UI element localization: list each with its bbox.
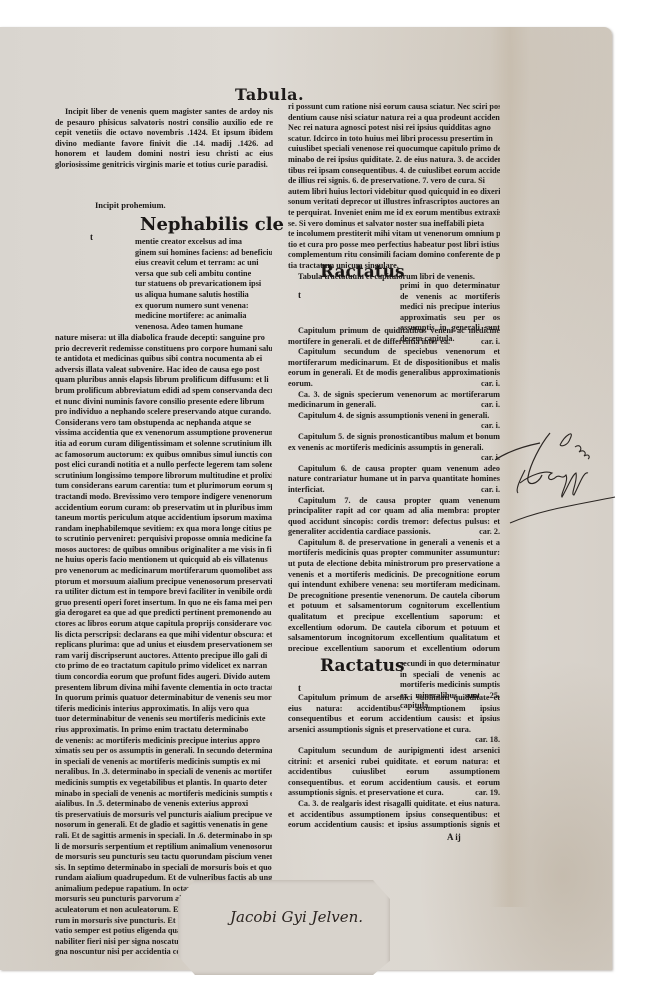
chapter-entry: Capitulum 6. de causa propter quam venen… — [288, 464, 500, 496]
text-line: Nec rei natura agnosci potest nisi rei i… — [288, 123, 500, 134]
text-line: Considerans vero tam obstupenda ac nepha… — [55, 418, 272, 429]
text-line: ximatis seu per os assumptis in generali… — [55, 746, 272, 757]
text-line: de morsuris seu puncturis seu tactu quor… — [55, 852, 272, 863]
text-line: mentie creator excelsus ad ima — [135, 237, 272, 248]
text-line: replicans plurima: que ad unius et eiusd… — [55, 640, 272, 651]
text-line: cuiuslibet speciali venenose rei quocumq… — [288, 144, 500, 155]
text-line: neralibus. In .3. determinabo in special… — [55, 767, 272, 778]
chapter-entry: Capitulum secundum de speciebus venenoru… — [288, 347, 500, 389]
text-line: In quorum primis quatuor determinabitur … — [55, 693, 272, 704]
text-line: tur statuens ob prevaricationem ipsi — [135, 279, 272, 290]
text-line: nature misera: ut illa diabolica fraude … — [55, 333, 272, 344]
left-body: nature misera: ut illa diabolica fraude … — [55, 333, 272, 958]
text-line: rius approximatis. In primo enim tractat… — [55, 725, 272, 736]
drop-word-nephabilis: Nephabilis cle — [140, 214, 284, 235]
text-line: brum prolificum abbreviatum edidi ad spe… — [55, 386, 272, 397]
text-line: se. Si vero dominus et salvator noster s… — [288, 219, 500, 230]
chapter-ref: car. 19. — [465, 788, 500, 799]
text-line: tiferis medicinis interius approximatis.… — [55, 704, 272, 715]
chapter-entry: Capitulum 5. de signis pronosticantibus … — [288, 432, 500, 464]
text-line: tum considerans earum carentia: tum et p… — [55, 481, 272, 492]
chapter-text: Capitulum 5. de signis pronosticantibus … — [288, 432, 500, 452]
text-line: ctores ac libros eorum atque capitula pr… — [55, 619, 272, 630]
text-line: post elici curandi notitia et a nullo pe… — [55, 460, 272, 471]
text-line: ptorum et morsuum aialium precipue venen… — [55, 577, 272, 588]
text-line: li de morsuris serpentium et reptilium a… — [55, 842, 272, 853]
text-line: to scrutinio perveniret: perquisivi prop… — [55, 534, 272, 545]
signature-mark: A ij — [447, 832, 461, 842]
chapter-text: Capitulum 8. de preservatione in general… — [288, 538, 500, 651]
text-line: de illius rei signis. 6. de preservation… — [288, 176, 500, 187]
text-line: us aliqua humane salutis hostilia — [135, 290, 272, 301]
text-line: complementum ritu consimili faciam domin… — [288, 250, 500, 261]
chapter-entry: Ca. 3. de signis specierum venenorum ac … — [288, 390, 500, 411]
text-line: sis. In septimo determinabo in speciali … — [55, 863, 272, 874]
chapter-text: Capitulum secundum de speciebus venenoru… — [288, 347, 500, 388]
bookplate-label — [178, 880, 390, 975]
incipit-intro: Incipit liber de venenis quem magister s… — [55, 107, 273, 171]
drop-word-tractatus-2: Ractatus — [320, 656, 405, 676]
chapter-entry: Capitulum 7. de causa propter quam venen… — [288, 496, 500, 538]
margin-mark: t — [90, 232, 93, 242]
text-line: tractandi modo. Brevissimo vero tempore … — [55, 492, 272, 503]
text-line: ram varij discripserunt auctores. Attent… — [55, 651, 272, 662]
text-line: accidentium eorum curam: ob preservatim … — [55, 503, 272, 514]
text-line: medicinis sumptis ex vegetabilibus et pl… — [55, 778, 272, 789]
bookplate-inscription: Jacobi Gyi Jelven. — [230, 908, 363, 926]
chapter-ref: car. i. — [471, 379, 500, 390]
text-line: rali. Et de sagittis armenis in speciali… — [55, 831, 272, 842]
text-line: in speciali de venenis ac mortiferis med… — [55, 757, 272, 768]
text-line: dentium cause nisi sciatur natura rei a … — [288, 113, 500, 124]
text-line: ri possunt cum ratione nisi eorum causa … — [288, 102, 500, 113]
text-line: sonum veritati deprecor ut illustres inf… — [288, 197, 500, 208]
text-line: gia derogaret ea que ad que predicti per… — [55, 608, 272, 619]
left-body-indented: mentie creator excelsus ad imaginem sui … — [135, 237, 272, 332]
text-line: taneum mortis periculum atque accidentiu… — [55, 513, 272, 524]
chapter-ref: car. i. — [471, 400, 500, 411]
text-line: presentem librum divina mihi favente cle… — [55, 683, 272, 694]
chapter-ref: car. i. — [471, 337, 500, 348]
text-line: itia ad eorum curam diligentissimam et s… — [55, 439, 272, 450]
tractatus-1-chapters: Capitulum primum de quiditatibus veneni … — [288, 326, 500, 651]
text-line: ginem sui homines faciens: ad beneficium — [135, 248, 272, 259]
text-line: te incolumem prestiterit mihi vitam ut v… — [288, 229, 500, 240]
left-column: Incipit liber de venenis quem magister s… — [55, 107, 273, 171]
chapter-text: Capitulum 4. de signis assumptionis vene… — [298, 411, 489, 420]
text-line: scatur. Idcirco in toto huius mei libri … — [288, 134, 500, 145]
text-line: medicine mortifere: ac animalia — [135, 311, 272, 322]
text-line: eius creavit celum et terram: ac uni — [135, 258, 272, 269]
chapter-ref: car. 2. — [469, 527, 500, 538]
prohemium-heading: Incipit prohemium. — [95, 200, 166, 210]
margin-mark-t1: t — [298, 290, 301, 300]
text-line: adversis illata valeat subvenire. Hac id… — [55, 365, 272, 376]
text-line: versa que sub celi ambitu contine — [135, 269, 272, 280]
chapter-entry: Capitulum secundum de auripigmenti idest… — [288, 746, 500, 799]
right-column-intro: ri possunt cum ratione nisi eorum causa … — [288, 102, 500, 272]
text-line: tium concordia eorum que profunt fides a… — [55, 672, 272, 683]
chapter-text: Capitulum primum de arsenici sublimati q… — [288, 693, 500, 734]
text-line: pro venenorum ac medicinarum mortiferaru… — [55, 566, 272, 577]
chapter-text: Ca. 3. de realgaris idest risagalli quid… — [288, 799, 500, 828]
text-line: pro individuo a nephando scelere preserv… — [55, 407, 272, 418]
chapter-entry: Capitulum primum de arsenici sublimati q… — [288, 693, 500, 746]
text-line: scrutinium longissimo tempore librorum m… — [55, 471, 272, 482]
drop-word-tractatus-1: Ractatus — [320, 262, 405, 282]
text-line: minabo de rei ipsius quiditate. 2. de ei… — [288, 155, 500, 166]
margin-mark-t2: t — [298, 683, 301, 693]
text-line: nosorum in generali. Et de gladio et sag… — [55, 820, 272, 831]
chapter-text: Capitulum 6. de causa propter quam venen… — [288, 464, 500, 494]
text-line: tio et cura pro posse meo perfectius hab… — [288, 240, 500, 251]
chapter-text: Ca. 3. de signis specierum venenorum ac … — [288, 390, 500, 410]
text-line: ra utiliter dictum est in tempore brevi … — [55, 587, 272, 598]
text-line: ne huius operis facio mentionem ut quicq… — [55, 555, 272, 566]
text-line: venenosa. Adeo tamen humane — [135, 322, 272, 333]
text-line: autem libri huius lectori videbitur quod… — [288, 187, 500, 198]
text-line: ac famosorum auctorum: ex quibus omnibus… — [55, 450, 272, 461]
text-line: te perquirat. Inveniet enim me id ex eor… — [288, 208, 500, 219]
chapter-ref: car. 18. — [465, 735, 500, 746]
text-line: quam pluribus annis elapsis librum proli… — [55, 375, 272, 386]
text-line: te antidota et medicinas quibus sibi con… — [55, 354, 272, 365]
text-line: ex quorum numero sunt venena: — [135, 301, 272, 312]
text-line: gruo presenti operi foret insertum. In q… — [55, 598, 272, 609]
text-line: randam inephabilemque sevitiem: ex qua m… — [55, 524, 272, 535]
chapter-entry: Capitulum 8. de preservatione in general… — [288, 538, 500, 651]
text-line: cto primo de eo tractatum capitulo primo… — [55, 661, 272, 672]
chapter-entry: Capitulum 4. de signis assumptionis vene… — [288, 411, 500, 432]
text-line: aialibus. In .5. determinabo de venenis … — [55, 799, 272, 810]
text-line: tis preservatiuis de morsuris vel punctu… — [55, 810, 272, 821]
text-line: lis dicta perscripsi: declarans ea que m… — [55, 630, 272, 641]
text-line: vissima accidentia que ex venenorum assu… — [55, 428, 272, 439]
text-line: tibus rei ipsam consequentibus. 4. de cu… — [288, 166, 500, 177]
chapter-text: Capitulum primum de quiditatibus veneni … — [288, 326, 500, 346]
text-line: et nunc divini numinis favore consilio p… — [55, 397, 272, 408]
text-line: de venenis: ac mortiferis medicinis prec… — [55, 736, 272, 747]
text-line: mosos auctores: de quibus omnibus origin… — [55, 545, 272, 556]
text-line: tuor determinabitur de venenis seu morti… — [55, 714, 272, 725]
chapter-entry: Capitulum primum de quiditatibus veneni … — [288, 326, 500, 347]
text-line: prio decreverit redemisse constituens pr… — [55, 344, 272, 355]
text-line: minabo in speciali de venenis ac mortife… — [55, 789, 272, 800]
tractatus-2-chapters: Capitulum primum de arsenici sublimati q… — [288, 693, 500, 828]
handwritten-signature-icon — [490, 415, 620, 525]
chapter-entry: Ca. 3. de realgaris idest risagalli quid… — [288, 799, 500, 828]
